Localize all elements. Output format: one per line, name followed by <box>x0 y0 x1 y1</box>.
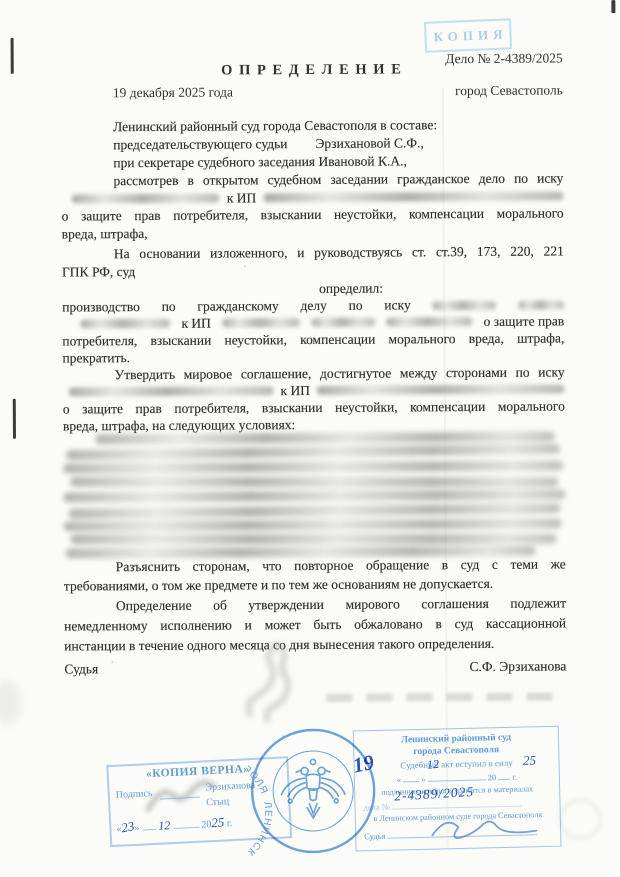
to-ip-label: к ИП <box>227 190 257 205</box>
scan-smear <box>0 680 22 726</box>
document-place: город Севастополь <box>455 82 563 99</box>
resolution-line-4: прекратить. <box>62 347 564 365</box>
resolution-suffix: о защите прав <box>484 313 565 328</box>
scan-mark <box>11 38 14 74</box>
claim-subject-line-1: о защите прав потребителя, взыскании неу… <box>62 205 564 223</box>
to-ip-label: к ИП <box>181 316 211 331</box>
seal-circular-text: ЛЕНИНСКИЙ РАЙОННЫЙ СУД ГОРОДА СЕВАСТОПОЛ… <box>248 753 274 857</box>
handwritten-year: 25 <box>523 753 536 769</box>
year-prefix: 20 <box>201 819 212 830</box>
redaction-block <box>0 0 617 2</box>
bleed-through-signature <box>231 635 340 734</box>
resolution-line-3: потребителя, взыскании неустойки, компен… <box>62 330 564 348</box>
legal-basis-line-2: ГПК РФ, суд <box>62 261 564 279</box>
approve-subject-line-1: о защите прав потребителя, взыскании неу… <box>63 398 565 416</box>
redaction-smudge-row <box>71 534 557 544</box>
scan-mark <box>13 399 16 439</box>
double-headed-eagle-icon <box>281 759 345 818</box>
court-round-seal: ЛЕНИНСКИЙ РАЙОННЫЙ СУД ГОРОДА СЕВАСТОПОЛ… <box>248 726 379 857</box>
ghost-signature-overlay <box>143 774 219 818</box>
quote: » <box>421 774 425 784</box>
approve-settlement-line: Утвердить мировое соглашение, достигнуто… <box>115 364 565 382</box>
appeal-line-2: немедленному исполнению и может быть обж… <box>64 615 566 633</box>
judge-signature-ink <box>427 807 542 848</box>
year-prefix: 20 <box>488 772 497 782</box>
handwritten-day: 23 <box>120 818 136 836</box>
copy-stamp: КОПИЯ <box>424 18 512 53</box>
parties-redacted-line: к ИП <box>61 188 563 206</box>
redaction-smudge-row <box>64 518 562 531</box>
handwritten-month: 12 <box>158 818 171 833</box>
redaction-smudge <box>518 300 564 309</box>
document-date: 19 декабря 2025 года <box>113 84 233 101</box>
redaction-smudge <box>80 319 170 329</box>
legal-basis-line-1: На основании изложенного, и руководствуя… <box>114 243 564 261</box>
presiding-label: председательствующего судьи <box>113 136 287 152</box>
judge-label: Судья <box>64 661 98 676</box>
quote: « <box>397 774 401 784</box>
redaction-smudge-row <box>95 432 555 445</box>
approve-subject-line-2: вреда, штрафа, на следующих условиях: <box>63 415 565 433</box>
redaction-smudge-row <box>63 460 563 473</box>
approve-parties-redacted-line: к ИП <box>63 381 565 399</box>
resolution-text: производство по гражданскому делу по иск… <box>62 297 411 314</box>
redaction-smudge-row <box>66 444 560 460</box>
court-composition-line: Ленинский районный суд города Севастопол… <box>113 116 563 134</box>
bleed-through-text <box>327 692 565 701</box>
secretary-line: при секретаре судебного заседания Иванов… <box>113 152 563 170</box>
clarify-line-2: требованиями, о том же предмете и по тем… <box>64 575 566 593</box>
redaction-smudge-row <box>70 477 558 487</box>
judge-name: С.Ф. Эрзиханова <box>469 658 566 674</box>
scanned-court-ruling-page: КОПИЯ Дело № 2-4389/2025 О П Р Е Д Е Л Е… <box>0 0 620 877</box>
redaction-smudge <box>432 301 496 310</box>
copy-stamp-label: КОПИЯ <box>433 26 507 45</box>
resolved-heading: определил: <box>62 279 564 297</box>
redaction-smudge <box>222 318 300 327</box>
year-suffix: г. <box>512 772 517 782</box>
scan-content: КОПИЯ Дело № 2-4389/2025 О П Р Е Д Е Л Е… <box>0 0 620 877</box>
redaction-smudge <box>386 317 472 327</box>
resolution-line-1: производство по гражданскому делу по иск… <box>62 296 564 314</box>
redaction-smudge-row <box>63 489 565 502</box>
redaction-smudge <box>72 194 220 204</box>
presiding-judge-name: Эрзихановой С.Ф., <box>315 135 423 151</box>
redaction-smudge-row <box>68 503 560 519</box>
resolution-line-2: к ИП о защите прав <box>62 313 564 331</box>
year-suffix: г. <box>227 818 233 829</box>
redaction-smudge <box>264 191 564 202</box>
document-title: О П Р Е Д Е Л Е Н И Е <box>61 60 563 80</box>
handwritten-month: 12 <box>426 757 439 773</box>
considered-line: рассмотрев в открытом судебном заседании… <box>113 170 563 188</box>
clarify-line-1: Разъяснить сторонам, что повторное обращ… <box>116 556 566 574</box>
scan-mark <box>611 0 615 13</box>
redaction-smudge <box>311 318 375 327</box>
appeal-line-1: Определение об утверждении мирового согл… <box>116 595 566 613</box>
redaction-smudge <box>317 384 565 395</box>
presiding-judge-line: председательствующего судьиЭрзихановой С… <box>113 134 563 152</box>
claim-subject-line-2: вреда, штрафа, <box>62 223 564 241</box>
to-ip-label: к ИП <box>280 383 310 398</box>
redaction-smudge <box>69 386 274 396</box>
date-place-row: 19 декабря 2025 года город Севастополь <box>113 82 563 101</box>
handwritten-year: 25 <box>211 814 225 830</box>
